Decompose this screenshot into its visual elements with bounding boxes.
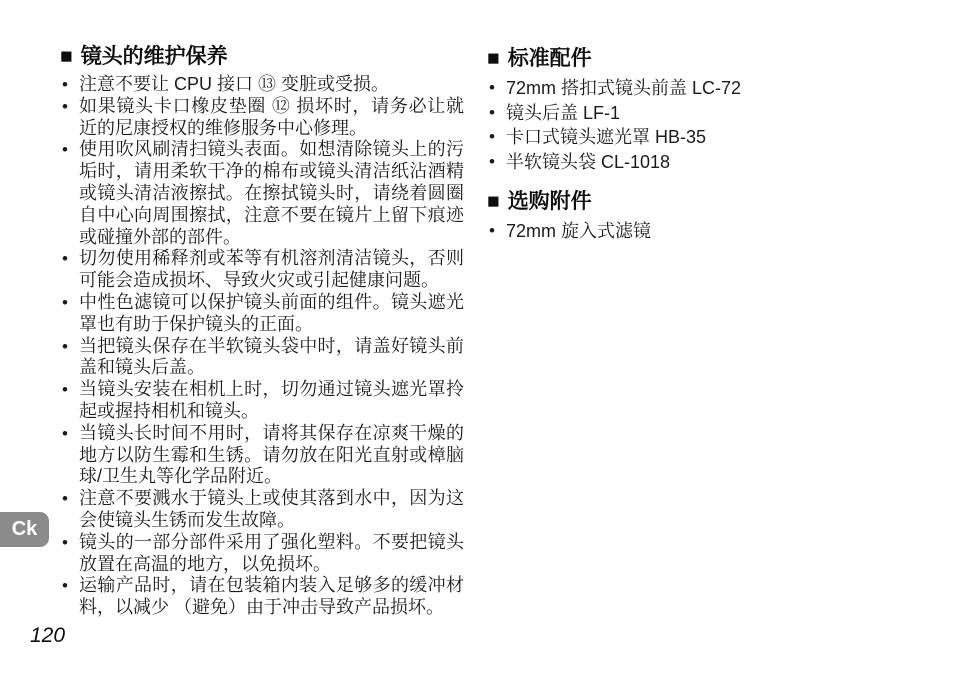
section-heading-lens-care-label: 镜头的维护保养 [81, 45, 228, 68]
care-bullet-text: 当镜头安装在相机上时，切勿通过镜头遮光罩拎起或握持相机和镜头。 [79, 379, 464, 421]
bullet-icon: • [489, 219, 495, 244]
accessory-item: •镜头后盖 LF-1 [487, 101, 937, 126]
bullet-icon: • [489, 101, 495, 126]
language-tab-label: Ck [12, 518, 38, 541]
accessory-item-text: 72mm 搭扣式镜头前盖 LC-72 [506, 78, 741, 98]
care-bullet-text: 注意不要溅水于镜头上或使其落到水中，因为这会使镜头生锈而发生故障。 [79, 488, 464, 530]
care-bullet-text: 使用吹风刷清扫镜头表面。如想清除镜头上的污垢时，请用柔软干净的棉布或镜头清洁纸沾… [79, 139, 464, 246]
standard-accessories-list: •72mm 搭扣式镜头前盖 LC-72 •镜头后盖 LF-1 •卡口式镜头遮光罩… [487, 76, 937, 174]
manual-page: ■镜头的维护保养 •注意不要让 CPU 接口 ⑬ 变脏或受损。 •如果镜头卡口橡… [0, 0, 954, 677]
section-heading-lens-care: ■镜头的维护保养 [60, 44, 464, 70]
care-bullet-text: 中性色滤镜可以保护镜头前面的组件。镜头遮光罩也有助于保护镜头的正面。 [79, 292, 464, 334]
section-heading-standard-accessories-label: 标准配件 [508, 47, 592, 70]
accessory-item-text: 半软镜头袋 CL-1018 [506, 152, 670, 172]
care-bullet-item: •运输产品时，请在包装箱内装入足够多的缓冲材料，以减少 （避免）由于冲击导致产品… [60, 575, 464, 619]
accessory-item: •72mm 搭扣式镜头前盖 LC-72 [487, 76, 937, 101]
care-bullet-item: •镜头的一部分部件采用了强化塑料。不要把镜头放置在高温的地方，以免损坏。 [60, 532, 464, 576]
bullet-icon: • [489, 150, 495, 175]
bullet-icon: • [489, 76, 495, 101]
page-number: 120 [30, 623, 65, 649]
care-bullet-item: •使用吹风刷清扫镜头表面。如想清除镜头上的污垢时，请用柔软干净的棉布或镜头清洁纸… [60, 139, 464, 248]
standard-accessories-section: ■标准配件 •72mm 搭扣式镜头前盖 LC-72 •镜头后盖 LF-1 •卡口… [487, 46, 937, 174]
bullet-icon: • [62, 423, 68, 445]
optional-accessories-list: •72mm 旋入式滤镜 [487, 219, 937, 244]
bullet-icon: • [62, 74, 68, 96]
bullet-icon: • [62, 379, 68, 401]
care-bullet-text: 当镜头长时间不用时，请将其保存在凉爽干燥的地方以防生霉和生锈。请勿放在阳光直射或… [79, 423, 464, 487]
optional-accessories-section: ■选购附件 •72mm 旋入式滤镜 [487, 189, 937, 244]
bullet-icon: • [62, 139, 68, 161]
care-bullet-text: 镜头的一部分部件采用了强化塑料。不要把镜头放置在高温的地方，以免损坏。 [79, 532, 464, 574]
bullet-icon: • [62, 292, 68, 314]
care-bullet-item: •当把镜头保存在半软镜头袋中时，请盖好镜头前盖和镜头后盖。 [60, 336, 464, 380]
language-tab-ck: Ck [0, 512, 49, 547]
care-bullet-item: •中性色滤镜可以保护镜头前面的组件。镜头遮光罩也有助于保护镜头的正面。 [60, 292, 464, 336]
accessory-item: •卡口式镜头遮光罩 HB-35 [487, 125, 937, 150]
accessory-item: •半软镜头袋 CL-1018 [487, 150, 937, 175]
heading-square-icon: ■ [60, 45, 73, 68]
care-bullet-text: 运输产品时，请在包装箱内装入足够多的缓冲材料，以减少 （避免）由于冲击导致产品损… [79, 575, 464, 617]
care-bullet-item: •注意不要溅水于镜头上或使其落到水中，因为这会使镜头生锈而发生故障。 [60, 488, 464, 532]
section-heading-standard-accessories: ■标准配件 [487, 46, 937, 72]
accessory-item-text: 卡口式镜头遮光罩 HB-35 [506, 127, 706, 147]
bullet-icon: • [62, 532, 68, 554]
section-heading-optional-accessories: ■选购附件 [487, 189, 937, 215]
care-bullet-item: •当镜头长时间不用时，请将其保存在凉爽干燥的地方以防生霉和生锈。请勿放在阳光直射… [60, 423, 464, 488]
bullet-icon: • [62, 248, 68, 270]
lens-care-section: ■镜头的维护保养 •注意不要让 CPU 接口 ⑬ 变脏或受损。 •如果镜头卡口橡… [60, 44, 464, 619]
care-bullet-item: •注意不要让 CPU 接口 ⑬ 变脏或受损。 [60, 74, 464, 96]
heading-square-icon: ■ [487, 190, 500, 213]
bullet-icon: • [62, 575, 68, 597]
care-bullet-text: 当把镜头保存在半软镜头袋中时，请盖好镜头前盖和镜头后盖。 [79, 336, 464, 378]
lens-care-bullet-list: •注意不要让 CPU 接口 ⑬ 变脏或受损。 •如果镜头卡口橡皮垫圈 ⑫ 损坏时… [60, 74, 464, 619]
accessory-item-text: 72mm 旋入式滤镜 [506, 221, 651, 241]
accessories-column: ■标准配件 •72mm 搭扣式镜头前盖 LC-72 •镜头后盖 LF-1 •卡口… [487, 46, 937, 244]
bullet-icon: • [489, 125, 495, 150]
care-bullet-text: 注意不要让 CPU 接口 ⑬ 变脏或受损。 [79, 74, 389, 94]
heading-square-icon: ■ [487, 47, 500, 70]
care-bullet-item: •当镜头安装在相机上时，切勿通过镜头遮光罩拎起或握持相机和镜头。 [60, 379, 464, 423]
bullet-icon: • [62, 488, 68, 510]
care-bullet-text: 如果镜头卡口橡皮垫圈 ⑫ 损坏时，请务必让就近的尼康授权的维修服务中心修理。 [79, 96, 464, 138]
accessory-item: •72mm 旋入式滤镜 [487, 219, 937, 244]
care-bullet-text: 切勿使用稀释剂或苯等有机溶剂清洁镜头，否则可能会造成损坏、导致火灾或引起健康问题… [79, 248, 464, 290]
care-bullet-item: •切勿使用稀释剂或苯等有机溶剂清洁镜头，否则可能会造成损坏、导致火灾或引起健康问… [60, 248, 464, 292]
bullet-icon: • [62, 96, 68, 118]
bullet-icon: • [62, 336, 68, 358]
care-bullet-item: •如果镜头卡口橡皮垫圈 ⑫ 损坏时，请务必让就近的尼康授权的维修服务中心修理。 [60, 96, 464, 140]
accessory-item-text: 镜头后盖 LF-1 [506, 103, 620, 123]
section-heading-optional-accessories-label: 选购附件 [508, 190, 592, 213]
